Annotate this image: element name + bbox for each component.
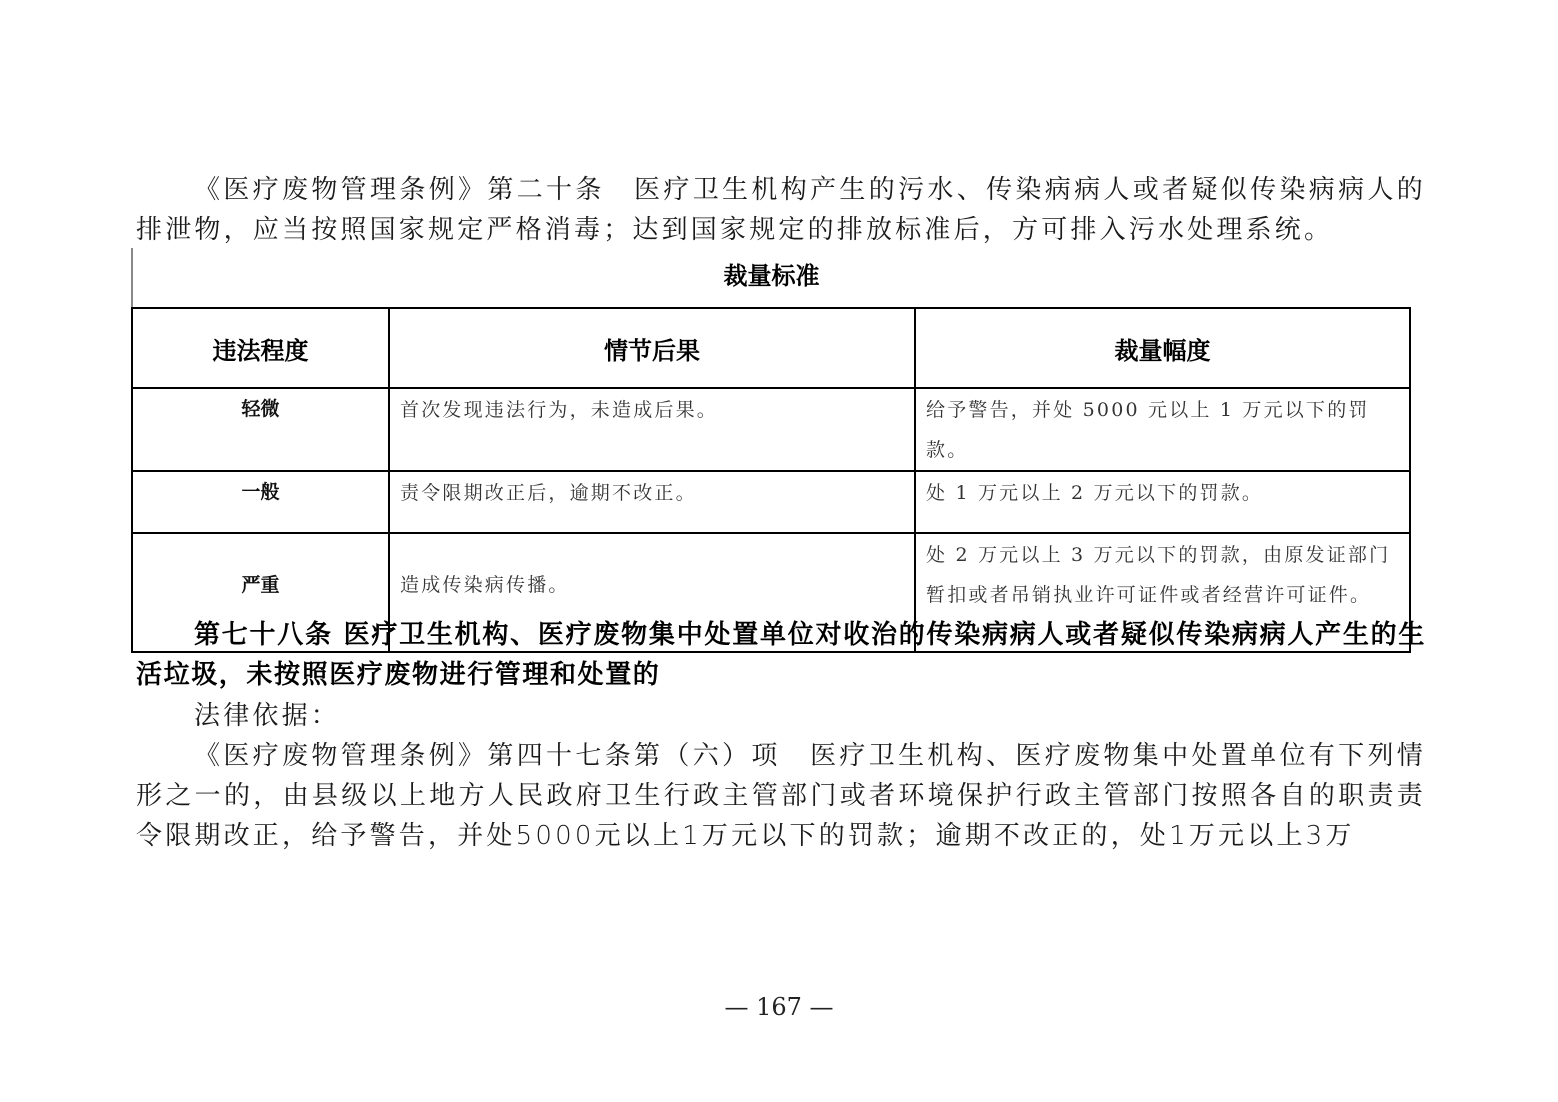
level-cell: 一般 bbox=[132, 471, 389, 533]
legal-basis-label: 法律依据： bbox=[136, 696, 1426, 736]
article-78-heading: 第七十八条 医疗卫生机构、医疗废物集中处置单位对收治的传染病病人或者疑似传染病病… bbox=[136, 615, 1426, 695]
discretion-standard-table: 违法程度 情节后果 裁量幅度 轻微 首次发现违法行为，未造成后果。 给予警告，并… bbox=[131, 307, 1411, 653]
table-title-row: 裁量标准 bbox=[131, 248, 1410, 308]
legal-basis-paragraph-article-47: 《医疗废物管理条例》第四十七条第（六）项 医疗卫生机构、医疗废物集中处置单位有下… bbox=[136, 736, 1426, 856]
circumstance-cell: 责令限期改正后，逾期不改正。 bbox=[389, 471, 915, 533]
header-penalty-range: 裁量幅度 bbox=[915, 308, 1410, 388]
legal-basis-paragraph-article-20: 《医疗废物管理条例》第二十条 医疗卫生机构产生的污水、传染病病人或者疑似传染病病… bbox=[136, 170, 1426, 250]
penalty-cell: 处 1 万元以上 2 万元以下的罚款。 bbox=[915, 471, 1410, 533]
table-title: 裁量标准 bbox=[133, 256, 1410, 291]
table-header-row: 违法程度 情节后果 裁量幅度 bbox=[132, 308, 1410, 388]
page-number: — 167 — bbox=[0, 993, 1558, 1021]
table-row: 一般 责令限期改正后，逾期不改正。 处 1 万元以上 2 万元以下的罚款。 bbox=[132, 471, 1410, 533]
circumstance-cell: 首次发现违法行为，未造成后果。 bbox=[389, 388, 915, 471]
penalty-cell: 给予警告，并处 5000 元以上 1 万元以下的罚款。 bbox=[915, 388, 1410, 471]
table-row: 轻微 首次发现违法行为，未造成后果。 给予警告，并处 5000 元以上 1 万元… bbox=[132, 388, 1410, 471]
header-circumstance: 情节后果 bbox=[389, 308, 915, 388]
header-violation-degree: 违法程度 bbox=[132, 308, 389, 388]
level-cell: 轻微 bbox=[132, 388, 389, 471]
